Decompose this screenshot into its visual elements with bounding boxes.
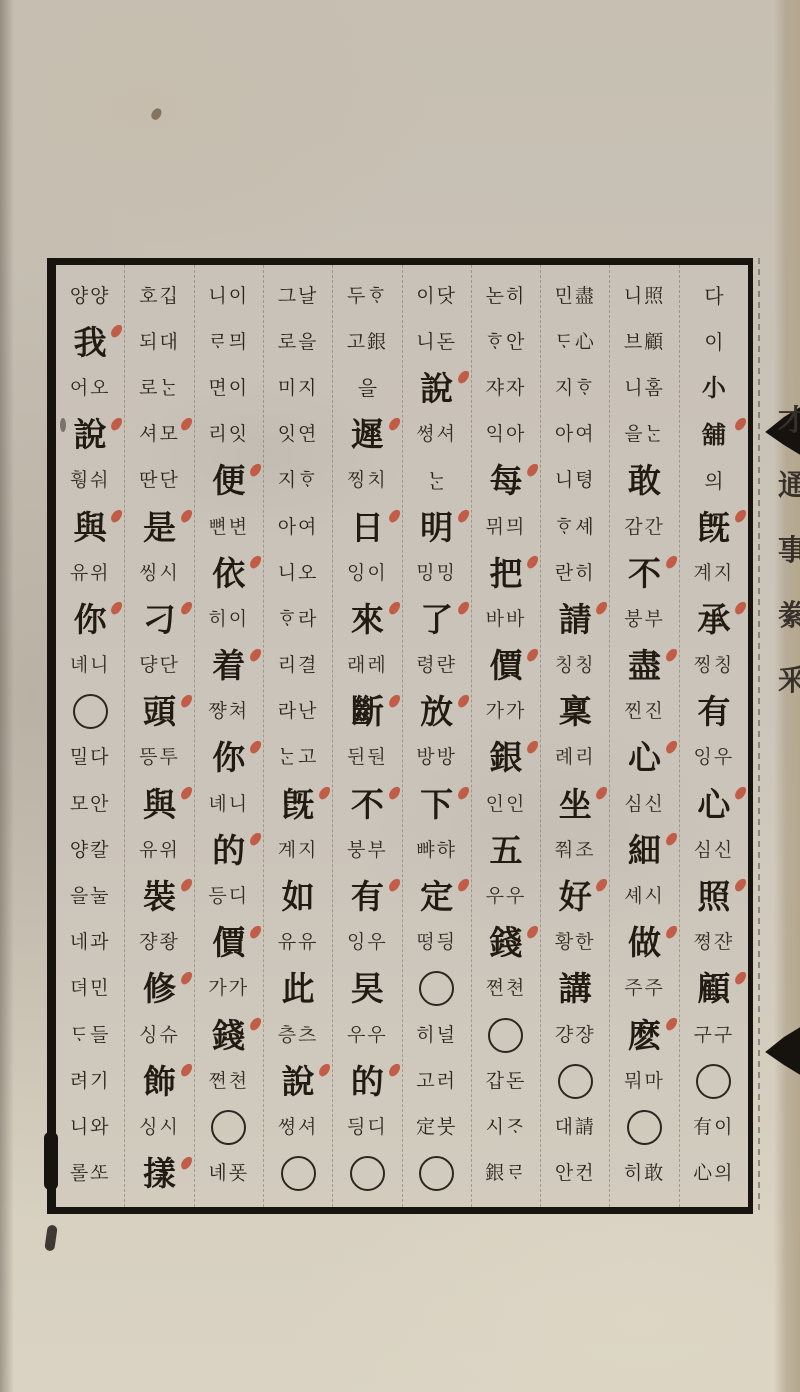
pronunciation-gloss: 유위 — [125, 827, 193, 873]
hanja-character: 我 — [56, 319, 124, 365]
red-annotation-mark — [248, 739, 262, 756]
text-block-frame: 다이小舖의旣계지承찡칭有잉우心심신照쪙쟌顧구구有이心의니照브顧니홈을ᄂᆞᆫ敢감간… — [47, 258, 753, 1214]
hangul-text: 민盡 — [541, 273, 609, 319]
hanja-character: 把 — [472, 550, 540, 596]
text-column: 호깁되대로ᄂᆞᆫ셔모딴단是씽시刁댱단頭뜽투與유위裝쟝좡修싱슈飾싱시㨾 — [125, 265, 194, 1207]
red-annotation-mark — [664, 831, 678, 848]
red-annotation-mark — [179, 600, 193, 617]
partial-edge-character: 事 — [778, 528, 800, 569]
hangul-text: 지ᄒᆞ — [264, 458, 332, 504]
hangul-text: 시ᄌᆞ — [472, 1104, 540, 1150]
pronunciation-gloss: 뜽투 — [125, 735, 193, 781]
hanja-character: 不 — [610, 550, 678, 596]
red-annotation-mark — [179, 877, 193, 894]
hangul-text: 양양 — [56, 273, 124, 319]
pronunciation-gloss: 래레 — [333, 643, 401, 689]
hanja-character: 小 — [680, 365, 748, 411]
section-circle — [333, 1151, 401, 1197]
hangul-text: 니오 — [264, 550, 332, 596]
red-annotation-mark — [733, 600, 747, 617]
pronunciation-gloss: 쪈쳔 — [195, 1058, 263, 1104]
pronunciation-gloss: 우우 — [333, 1012, 401, 1058]
hangul-text: 양칼 — [56, 827, 124, 873]
hanja-character: 明 — [403, 504, 471, 550]
hanja-character: 是 — [125, 504, 193, 550]
hangul-text: 니와 — [56, 1104, 124, 1150]
partial-edge-character: 才 — [778, 398, 800, 439]
red-annotation-mark — [595, 785, 609, 802]
hanja-character: 每 — [472, 458, 540, 504]
hanja-character: 坐 — [541, 781, 609, 827]
section-circle — [610, 1104, 678, 1150]
hanja-character: 舖 — [680, 412, 748, 458]
hangul-text: 대請 — [541, 1104, 609, 1150]
hanja-character: 價 — [472, 643, 540, 689]
pronunciation-gloss: 훵숴 — [56, 458, 124, 504]
hanja-character: 不 — [333, 781, 401, 827]
hangul-text: 라난 — [264, 689, 332, 735]
hanja-character: 價 — [195, 920, 263, 966]
hangul-text: 이닷 — [403, 273, 471, 319]
hangul-text: 두ᄒᆞ — [333, 273, 401, 319]
ink-smudge — [60, 418, 66, 432]
pronunciation-gloss: 인인 — [472, 781, 540, 827]
pronunciation-gloss: 구구 — [680, 1012, 748, 1058]
pronunciation-gloss: 어오 — [56, 365, 124, 411]
hangul-text: ᄂᆞᆫ고 — [264, 735, 332, 781]
pronunciation-gloss: 쎵셔 — [264, 1104, 332, 1150]
hangul-text: 니이 — [195, 273, 263, 319]
red-annotation-mark — [456, 369, 470, 386]
section-circle — [541, 1058, 609, 1104]
hanja-character: 的 — [333, 1058, 401, 1104]
red-annotation-mark — [525, 646, 539, 663]
hangul-text: 안컨 — [541, 1151, 609, 1197]
red-annotation-mark — [387, 600, 401, 617]
hangul-text: 려기 — [56, 1058, 124, 1104]
hangul-text: 을눌 — [56, 873, 124, 919]
hangul-text: 논히 — [472, 273, 540, 319]
hangul-text: 호깁 — [125, 273, 193, 319]
red-annotation-mark — [110, 600, 124, 617]
red-annotation-mark — [525, 739, 539, 756]
red-annotation-mark — [387, 1062, 401, 1079]
hanja-character: 你 — [56, 596, 124, 642]
ink-smudge — [44, 1224, 58, 1251]
hanja-character: 頭 — [125, 689, 193, 735]
hanja-character: 與 — [56, 504, 124, 550]
hanja-character: 錢 — [472, 920, 540, 966]
hanja-character: 裝 — [125, 873, 193, 919]
hanja-character: 講 — [541, 966, 609, 1012]
pronunciation-gloss: 잉우 — [680, 735, 748, 781]
partial-edge-character: 釆 — [778, 658, 800, 699]
red-annotation-mark — [664, 739, 678, 756]
hanja-character: 有 — [680, 689, 748, 735]
pronunciation-gloss: 령랸 — [403, 643, 471, 689]
pronunciation-gloss: 녜니 — [195, 781, 263, 827]
hanja-character: 與 — [125, 781, 193, 827]
hangul-text: 을ᄂᆞᆫ — [610, 412, 678, 458]
pronunciation-gloss: 유유 — [264, 920, 332, 966]
circle-separator — [419, 1156, 454, 1191]
circle-separator — [73, 694, 108, 729]
hanja-character: 便 — [195, 458, 263, 504]
red-annotation-mark — [179, 1154, 193, 1171]
circle-separator — [281, 1156, 316, 1191]
red-annotation-mark — [525, 554, 539, 571]
hangul-text: 니텽 — [541, 458, 609, 504]
hangul-text: 히敢 — [610, 1151, 678, 1197]
text-column: 이닷니돈說쎵셔ᄂᆞᆫ明밍밍了령랸放방방下뺘햐定떵딍히널고러定붓 — [403, 265, 472, 1207]
pronunciation-gloss: 계지 — [680, 550, 748, 596]
pronunciation-gloss: 쭤조 — [541, 827, 609, 873]
hanja-character: 遲 — [333, 412, 401, 458]
text-column: 두ᄒᆞ고銀을遲찡치日잉이來래레斷뒨둰不붕부有잉우旲우우的딍디 — [333, 265, 402, 1207]
red-annotation-mark — [387, 508, 401, 525]
pronunciation-gloss: 딍디 — [333, 1104, 401, 1150]
pronunciation-gloss: 밍밍 — [403, 550, 471, 596]
partial-edge-character: 通 — [778, 463, 800, 504]
hangul-text: 뎌민 — [56, 966, 124, 1012]
red-annotation-mark — [456, 600, 470, 617]
circle-separator — [350, 1156, 385, 1191]
hanja-character: 麽 — [610, 1012, 678, 1058]
hangul-text: 다 — [680, 273, 748, 319]
hanja-character: 來 — [333, 596, 401, 642]
pronunciation-gloss: 쎵셔 — [403, 412, 471, 458]
hangul-text: ᄒᆞ라 — [264, 596, 332, 642]
red-annotation-mark — [318, 785, 332, 802]
hangul-text: 아여 — [264, 504, 332, 550]
hanja-character: 做 — [610, 920, 678, 966]
hangul-text: 롤ᄯᅩ — [56, 1151, 124, 1197]
red-annotation-mark — [595, 877, 609, 894]
red-annotation-mark — [179, 415, 193, 432]
hangul-text: 니홈 — [610, 365, 678, 411]
pronunciation-gloss: 히이 — [195, 596, 263, 642]
hangul-text: 란히 — [541, 550, 609, 596]
pronunciation-gloss: 뭐마 — [610, 1058, 678, 1104]
hanja-character: 承 — [680, 596, 748, 642]
pronunciation-gloss: 뒨둰 — [333, 735, 401, 781]
ink-smudge — [44, 1132, 58, 1190]
hanja-character: 照 — [680, 873, 748, 919]
hangul-text: 브顧 — [610, 319, 678, 365]
hanja-character: 有 — [333, 873, 401, 919]
red-annotation-mark — [387, 785, 401, 802]
red-annotation-mark — [318, 1062, 332, 1079]
red-annotation-mark — [733, 785, 747, 802]
hanja-character: 盡 — [610, 643, 678, 689]
red-annotation-mark — [664, 923, 678, 940]
red-annotation-mark — [595, 600, 609, 617]
red-annotation-mark — [179, 970, 193, 987]
circle-separator — [211, 1110, 246, 1145]
hanja-character: 銀 — [472, 735, 540, 781]
hanja-character: 顧 — [680, 966, 748, 1012]
hangul-text: 면이 — [195, 365, 263, 411]
hanja-character: 的 — [195, 827, 263, 873]
pronunciation-gloss: 잉이 — [333, 550, 401, 596]
pronunciation-gloss: 뮈믜 — [472, 504, 540, 550]
hangul-text: 니돈 — [403, 319, 471, 365]
hangul-text: 의 — [680, 458, 748, 504]
fold-border-line — [758, 258, 760, 1214]
hanja-character: 旣 — [264, 781, 332, 827]
red-annotation-mark — [664, 554, 678, 571]
pronunciation-gloss: 붕부 — [610, 596, 678, 642]
section-circle — [195, 1104, 263, 1150]
circle-separator — [488, 1018, 523, 1053]
circle-separator — [419, 971, 454, 1006]
pronunciation-gloss: 댱단 — [125, 643, 193, 689]
pronunciation-gloss: 싱슈 — [125, 1012, 193, 1058]
pronunciation-gloss: 방방 — [403, 735, 471, 781]
red-annotation-mark — [456, 877, 470, 894]
red-annotation-mark — [387, 877, 401, 894]
hangul-text: 미지 — [264, 365, 332, 411]
hanja-character: 好 — [541, 873, 609, 919]
red-annotation-mark — [733, 415, 747, 432]
red-annotation-mark — [664, 646, 678, 663]
hanja-character: 心 — [680, 781, 748, 827]
text-column: 니照브顧니홈을ᄂᆞᆫ敢감간不붕부盡찐진心심신細셰시做주주麽뭐마히敢 — [610, 265, 679, 1207]
pronunciation-gloss: 쪈쳔 — [472, 966, 540, 1012]
pronunciation-gloss: 찐진 — [610, 689, 678, 735]
pronunciation-gloss: 등디 — [195, 873, 263, 919]
red-annotation-mark — [733, 508, 747, 525]
pronunciation-gloss: 유위 — [56, 550, 124, 596]
section-circle — [472, 1012, 540, 1058]
red-annotation-mark — [525, 461, 539, 478]
hangul-text: 고銀 — [333, 319, 401, 365]
hangul-text: 모안 — [56, 781, 124, 827]
hanja-character: 旲 — [333, 966, 401, 1012]
hangul-text: 그날 — [264, 273, 332, 319]
hangul-text: 녜폿 — [195, 1151, 263, 1197]
text-column: 논히ᄒᆞ안쟈자익아每뮈믜把바바價가가銀인인五우우錢쪈쳔갑돈시ᄌᆞ銀ᄅᆞ — [472, 265, 541, 1207]
pronunciation-gloss: 씽시 — [125, 550, 193, 596]
section-circle — [680, 1058, 748, 1104]
red-annotation-mark — [248, 1016, 262, 1033]
hanja-character: 放 — [403, 689, 471, 735]
red-annotation-mark — [110, 323, 124, 340]
hanja-character: 說 — [264, 1058, 332, 1104]
hangul-text: ᄃᆞ들 — [56, 1012, 124, 1058]
pronunciation-gloss: 황한 — [541, 920, 609, 966]
red-annotation-mark — [387, 415, 401, 432]
hanja-character: 㨾 — [125, 1151, 193, 1197]
hanja-character: 着 — [195, 643, 263, 689]
hangul-text: 지ᄒᆞ — [541, 365, 609, 411]
hangul-text: ᄂᆞᆫ — [403, 458, 471, 504]
pronunciation-gloss: 바바 — [472, 596, 540, 642]
pronunciation-gloss: 감간 — [610, 504, 678, 550]
pronunciation-gloss: 붕부 — [333, 827, 401, 873]
red-annotation-mark — [248, 461, 262, 478]
hanja-character: 斷 — [333, 689, 401, 735]
pronunciation-gloss: 층츠 — [264, 1012, 332, 1058]
hangul-text: ᄅᆞ믜 — [195, 319, 263, 365]
hanja-character: 定 — [403, 873, 471, 919]
hanja-character: 敢 — [610, 458, 678, 504]
section-circle — [264, 1151, 332, 1197]
hanja-character: 如 — [264, 873, 332, 919]
text-column: 민盡ᄃᆞ心지ᄒᆞ아여니텽ᄒᆞ셰란히請칭칭稟례리坐쭤조好황한講걍쟝대請안컨 — [541, 265, 610, 1207]
pronunciation-gloss: 싱시 — [125, 1104, 193, 1150]
circle-separator — [558, 1064, 593, 1099]
hangul-text: 딴단 — [125, 458, 193, 504]
hanja-character: 此 — [264, 966, 332, 1012]
hangul-text: 익아 — [472, 412, 540, 458]
hanja-character: 五 — [472, 827, 540, 873]
pronunciation-gloss: 걍쟝 — [541, 1012, 609, 1058]
hanja-character: 錢 — [195, 1012, 263, 1058]
red-annotation-mark — [248, 831, 262, 848]
red-annotation-mark — [525, 923, 539, 940]
red-annotation-mark — [179, 692, 193, 709]
red-annotation-mark — [456, 785, 470, 802]
pronunciation-gloss: 가가 — [195, 966, 263, 1012]
hangul-text: 아여 — [541, 412, 609, 458]
hanja-character: 說 — [56, 412, 124, 458]
pronunciation-gloss: 쨩쳐 — [195, 689, 263, 735]
section-circle — [403, 966, 471, 1012]
hangul-text: 리잇 — [195, 412, 263, 458]
left-gutter-shading — [0, 0, 14, 1392]
scanned-book-page: 다이小舖의旣계지承찡칭有잉우心심신照쪙쟌顧구구有이心의니照브顧니홈을ᄂᆞᆫ敢감간… — [0, 0, 800, 1392]
hangul-text: ᄒᆞ안 — [472, 319, 540, 365]
red-annotation-mark — [733, 970, 747, 987]
text-column: 양양我어오說훵숴與유위你녜니밀다모안양칼을눌네과뎌민ᄃᆞ들려기니와롤ᄯᅩ — [56, 265, 125, 1207]
hangul-text: 셔모 — [125, 412, 193, 458]
hanja-character: 飾 — [125, 1058, 193, 1104]
red-annotation-mark — [664, 1016, 678, 1033]
hanja-character: 下 — [403, 781, 471, 827]
red-annotation-mark — [179, 785, 193, 802]
hanja-character: 心 — [610, 735, 678, 781]
partial-edge-character: 絭 — [778, 593, 800, 634]
hanja-character: 旣 — [680, 504, 748, 550]
hangul-text: 네과 — [56, 920, 124, 966]
pronunciation-gloss: 쟝좡 — [125, 920, 193, 966]
circle-separator — [627, 1110, 662, 1145]
text-column: 다이小舖의旣계지承찡칭有잉우心심신照쪙쟌顧구구有이心의 — [680, 265, 748, 1207]
hanja-character: 細 — [610, 827, 678, 873]
pronunciation-gloss: 심신 — [610, 781, 678, 827]
red-annotation-mark — [110, 508, 124, 525]
red-annotation-mark — [387, 692, 401, 709]
red-annotation-mark — [248, 646, 262, 663]
hanja-character: 說 — [403, 365, 471, 411]
red-annotation-mark — [733, 877, 747, 894]
circle-separator — [696, 1064, 731, 1099]
hangul-text: 心의 — [680, 1151, 748, 1197]
section-circle — [56, 689, 124, 735]
hangul-text: 이 — [680, 319, 748, 365]
pronunciation-gloss: 주주 — [610, 966, 678, 1012]
hangul-text: ᄃᆞ心 — [541, 319, 609, 365]
hanja-character: 了 — [403, 596, 471, 642]
hangul-text: 有이 — [680, 1104, 748, 1150]
pronunciation-gloss: 쪙쟌 — [680, 920, 748, 966]
pronunciation-gloss: 우우 — [472, 873, 540, 919]
partial-edge-characters: 才通事絭釆 — [778, 398, 800, 699]
hangul-text: 밀다 — [56, 735, 124, 781]
hanja-character: 修 — [125, 966, 193, 1012]
hanja-character: 稟 — [541, 689, 609, 735]
hangul-text: 定붓 — [403, 1104, 471, 1150]
pronunciation-gloss: 계지 — [264, 827, 332, 873]
red-annotation-mark — [248, 923, 262, 940]
pronunciation-gloss: 셰시 — [610, 873, 678, 919]
hangul-text: 니照 — [610, 273, 678, 319]
pronunciation-gloss: 례리 — [541, 735, 609, 781]
hangul-text: 고러 — [403, 1058, 471, 1104]
hangul-text: 되대 — [125, 319, 193, 365]
hangul-text: 로ᄂᆞᆫ — [125, 365, 193, 411]
pronunciation-gloss: 가가 — [472, 689, 540, 735]
ink-stain — [149, 107, 164, 122]
hanja-character: 刁 — [125, 596, 193, 642]
red-annotation-mark — [456, 692, 470, 709]
hanja-character: 請 — [541, 596, 609, 642]
hangul-text: 로을 — [264, 319, 332, 365]
hangul-text: 銀ᄅᆞ — [472, 1151, 540, 1197]
hangul-text: 잇연 — [264, 412, 332, 458]
hanja-character: 日 — [333, 504, 401, 550]
red-annotation-mark — [179, 508, 193, 525]
section-circle — [403, 1151, 471, 1197]
hangul-text: 히널 — [403, 1012, 471, 1058]
red-annotation-mark — [110, 415, 124, 432]
red-annotation-mark — [248, 554, 262, 571]
red-annotation-mark — [179, 1062, 193, 1079]
red-annotation-mark — [456, 508, 470, 525]
pronunciation-gloss: 뺘햐 — [403, 827, 471, 873]
pronunciation-gloss: 뼌변 — [195, 504, 263, 550]
hanja-character: 依 — [195, 550, 263, 596]
hangul-text: 리결 — [264, 643, 332, 689]
pronunciation-gloss: 찡치 — [333, 458, 401, 504]
text-column: 니이ᄅᆞ믜면이리잇便뼌변依히이着쨩쳐你녜니的등디價가가錢쪈쳔녜폿 — [195, 265, 264, 1207]
hangul-text: 을 — [333, 365, 401, 411]
pronunciation-gloss: 찡칭 — [680, 643, 748, 689]
hanja-character: 你 — [195, 735, 263, 781]
text-column: 그날로을미지잇연지ᄒᆞ아여니오ᄒᆞ라리결라난ᄂᆞᆫ고旣계지如유유此층츠說쎵셔 — [264, 265, 333, 1207]
hangul-text: 쟈자 — [472, 365, 540, 411]
fold-fishtail-mark — [762, 1026, 800, 1076]
pronunciation-gloss: 심신 — [680, 827, 748, 873]
text-columns-container: 다이小舖의旣계지承찡칭有잉우心심신照쪙쟌顧구구有이心의니照브顧니홈을ᄂᆞᆫ敢감간… — [56, 265, 748, 1207]
adjacent-page-fold-strip: 才通事絭釆 — [756, 258, 800, 1214]
pronunciation-gloss: 떵딍 — [403, 920, 471, 966]
pronunciation-gloss: 잉우 — [333, 920, 401, 966]
pronunciation-gloss: 칭칭 — [541, 643, 609, 689]
hangul-text: 갑돈 — [472, 1058, 540, 1104]
hangul-text: ᄒᆞ셰 — [541, 504, 609, 550]
pronunciation-gloss: 녜니 — [56, 643, 124, 689]
